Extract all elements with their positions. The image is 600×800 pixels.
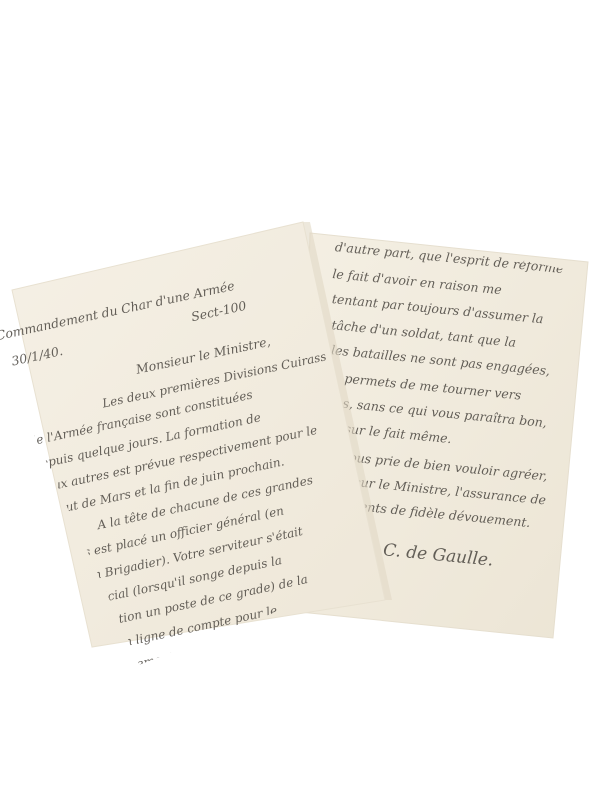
left-letter-line: Général Gamelin personnellement. Le Prés… (92, 679, 382, 754)
left-letter-line: de deux unités, aujourd'hui du ressort d… (87, 664, 336, 730)
left-letter-line: Nonte à désigner le chef de chacune (130, 636, 352, 696)
letters-photo: d'autre part, que l'esprit de réforme le… (0, 0, 600, 800)
